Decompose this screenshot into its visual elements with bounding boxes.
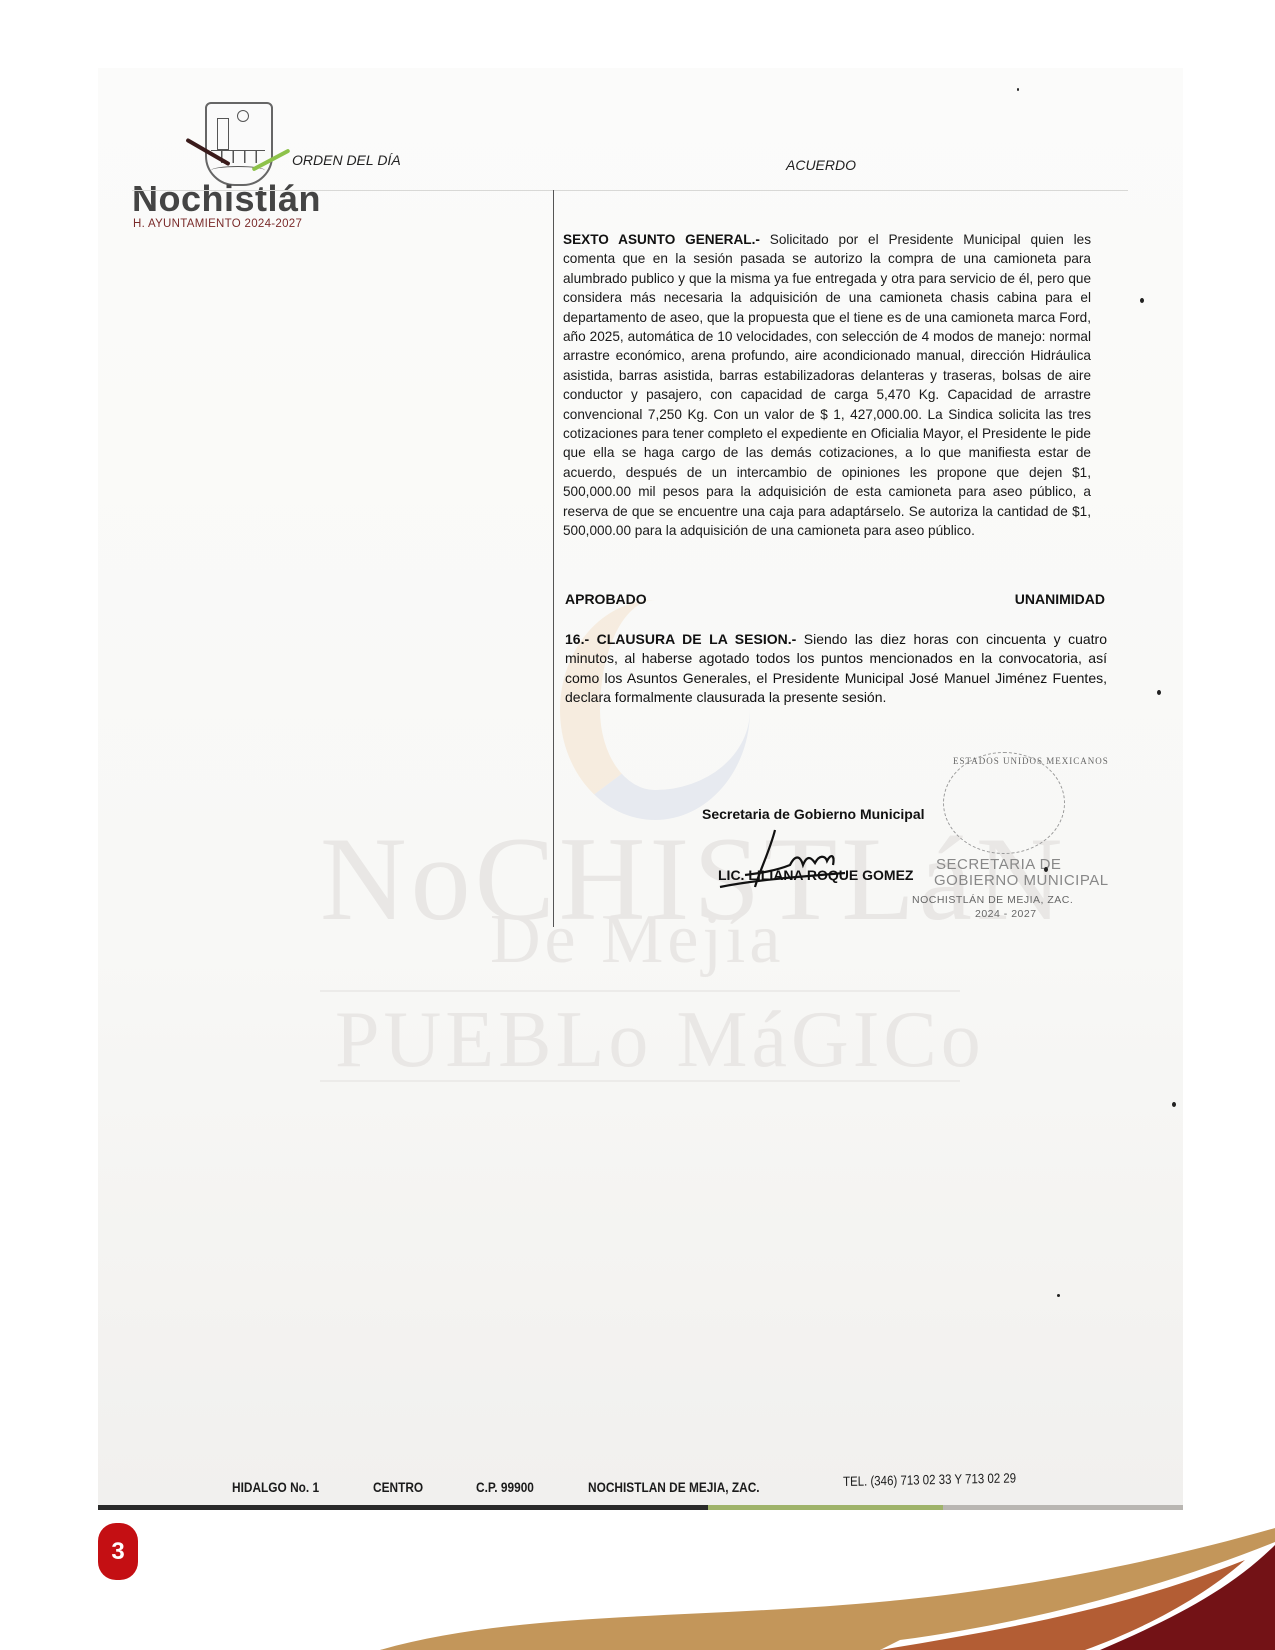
footer-postal-code: C.P. 99900 xyxy=(476,1480,534,1495)
brand-subtitle: H. AYUNTAMIENTO 2024-2027 xyxy=(133,218,302,230)
clausura-paragraph: 16.- CLAUSURA DE LA SESION.- Siendo las … xyxy=(565,630,1107,708)
column-title-acuerdo: ACUERDO xyxy=(786,157,856,173)
clausura-heading: 16.- CLAUSURA DE LA SESION.- xyxy=(565,631,796,647)
column-title-orden-del-dia: ORDEN DEL DÍA xyxy=(292,152,401,168)
national-seal-icon xyxy=(943,752,1065,854)
sexto-asunto-text: Solicitado por el Presidente Municipal q… xyxy=(563,232,1091,538)
stamp-line-2: GOBIERNO MUNICIPAL xyxy=(934,872,1109,889)
footer-city: NOCHISTLAN DE MEJIA, ZAC. xyxy=(588,1480,760,1495)
sexto-asunto-paragraph: SEXTO ASUNTO GENERAL.- Solicitado por el… xyxy=(563,230,1091,541)
stamp-line-3: NOCHISTLÁN DE MEJIA, ZAC. xyxy=(912,894,1073,906)
sexto-asunto-heading: SEXTO ASUNTO GENERAL.- xyxy=(563,232,760,247)
watermark-line-3: PUEBLo MáGICo xyxy=(335,995,985,1086)
watermark-rule xyxy=(320,990,960,992)
watermark-line-2: De Mejía xyxy=(490,900,784,980)
watermark-rule xyxy=(320,1080,960,1082)
vote-result: APROBADO UNANIMIDAD xyxy=(565,591,1105,607)
column-divider xyxy=(553,190,554,927)
footer-address: HIDALGO No. 1 xyxy=(232,1480,319,1495)
stamp-line-1: SECRETARIA DE xyxy=(936,856,1061,873)
stamp-line-4: 2024 - 2027 xyxy=(975,908,1037,920)
footer-district: CENTRO xyxy=(373,1480,423,1495)
decorative-swoosh xyxy=(0,1500,1275,1650)
brand-name: Nochistlán xyxy=(132,178,321,220)
signatory-title: Secretaria de Gobierno Municipal xyxy=(702,806,925,822)
header-rule xyxy=(132,190,1128,191)
crest-logo-icon xyxy=(205,102,273,186)
handwritten-signature-icon xyxy=(715,825,885,895)
signatory-name: LIC. LILIANA ROQUE GOMEZ xyxy=(718,867,913,883)
result-unanimity: UNANIMIDAD xyxy=(1015,591,1105,607)
seal-text: ESTADOS UNIDOS MEXICANOS xyxy=(953,756,1109,766)
result-approved: APROBADO xyxy=(565,591,647,607)
